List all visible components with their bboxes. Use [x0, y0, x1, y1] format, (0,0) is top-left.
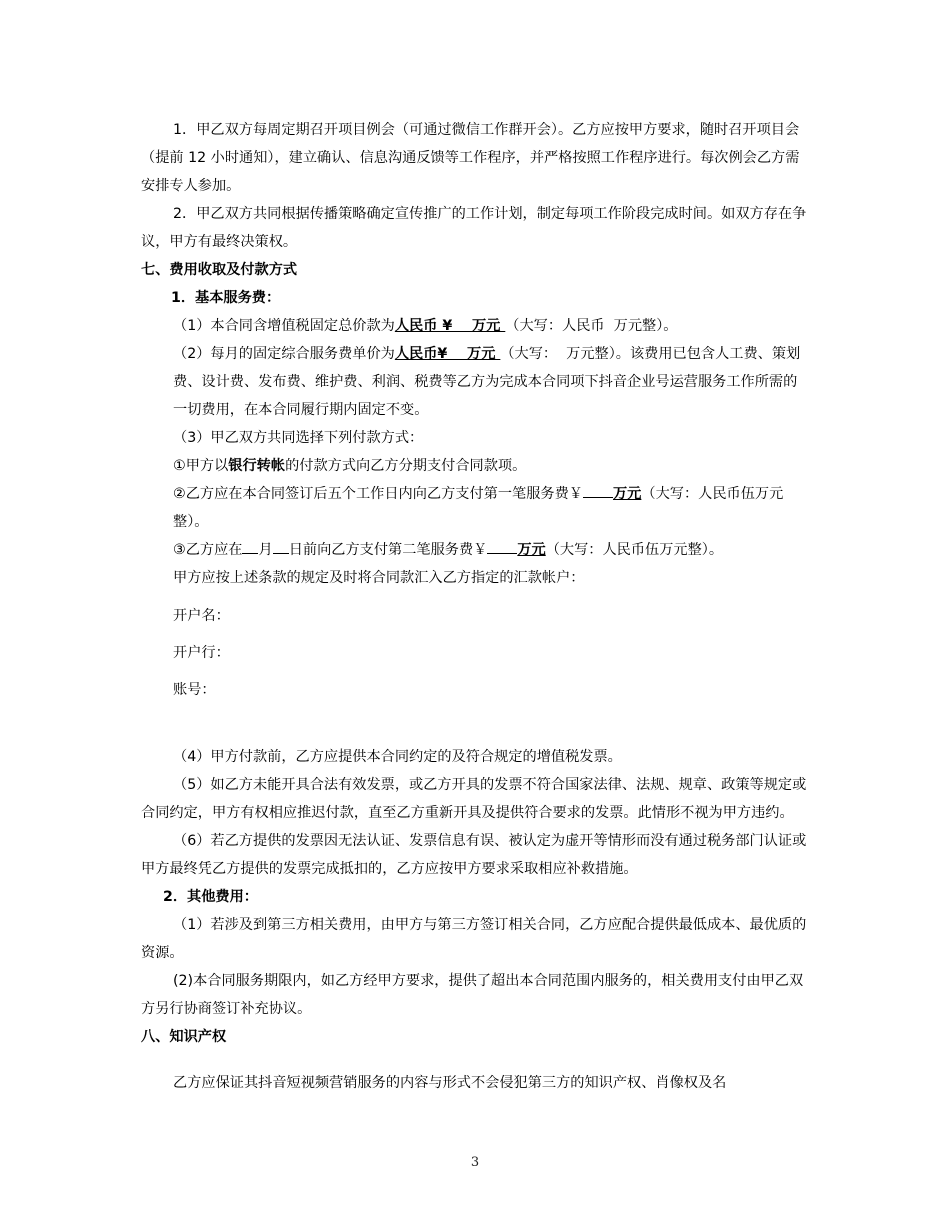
ip-clause: 乙方应保证其抖音短视频营销服务的内容与形式不会侵犯第三方的知识产权、肖像权及名 [141, 1069, 811, 1097]
paragraph-work-plan: 2．甲乙双方共同根据传播策略确定宣传推广的工作计划，制定每项工作阶段完成时间。如… [141, 200, 811, 256]
account-bank-label: 开户行： [173, 645, 230, 661]
clause-text: ①甲方以 [173, 458, 228, 474]
payment-method-clause: （3）甲乙双方共同选择下列付款方式： [141, 424, 811, 452]
clause-text: 的付款方式向乙方分期支付合同款项。 [285, 458, 526, 474]
clause-text: （大写：人民币伍万元整）。 [546, 542, 723, 558]
total-price-clause: （1）本合同含增值税固定总价款为人民币 ¥ 万元 （大写：人民币 万元整）。 [141, 312, 811, 340]
invoice-clause-5: （5）如乙方未能开具合法有效发票，或乙方开具的发票不符合国家法律、法规、规章、政… [141, 771, 811, 827]
payment-method-3: ③乙方应在月日前向乙方支付第二笔服务费￥万元（大写：人民币伍万元整）。 [141, 536, 811, 564]
monthly-fee-clause: （2）每月的固定综合服务费单价为人民币¥ 万元 （大写： 万元整）。该费用已包含… [141, 340, 811, 424]
document-page: 1．甲乙双方每周定期召开项目例会（可通过微信工作群开会）。乙方应按甲方要求，随时… [0, 0, 950, 1230]
account-bank-row: 开户行： [141, 635, 811, 672]
invoice-clause-4: （4）甲方付款前，乙方应提供本合同约定的及符合规定的增值税发票。 [141, 743, 811, 771]
clause-text: 日前向乙方支付第二笔服务费￥ [289, 542, 488, 558]
account-name-row: 开户名： [141, 598, 811, 635]
clause-text: （2）每月的固定综合服务费单价为 [173, 346, 395, 362]
first-payment-blank [583, 483, 613, 498]
other-fee-clause-1: （1）若涉及到第三方相关费用，由甲方与第三方签订相关合同，乙方应配合提供最低成本… [141, 911, 811, 967]
account-number-row: 账号： [141, 672, 811, 709]
clause-text: （1）本合同含增值税固定总价款为 [173, 318, 395, 334]
payment-method-1: ①甲方以银行转帐的付款方式向乙方分期支付合同款项。 [141, 452, 811, 480]
day-blank [273, 539, 289, 554]
remittance-instruction: 甲方应按上述条款的规定及时将合同款汇入乙方指定的汇款帐户： [141, 564, 811, 592]
invoice-clause-6: （6）若乙方提供的发票因无法认证、发票信息有误、被认定为虚开等情形而没有通过税务… [141, 827, 811, 883]
total-amount-field: 人民币 ¥ 万元 [395, 318, 505, 334]
clause-text: ②乙方应在本合同签订后五个工作日内向乙方支付第一笔服务费￥ [173, 486, 583, 502]
section-8-heading: 八、知识产权 [141, 1023, 811, 1051]
account-number-label: 账号： [173, 682, 216, 698]
other-fees-heading: 2．其他费用： [141, 883, 811, 911]
paragraph-weekly-meeting: 1．甲乙双方每周定期召开项目例会（可通过微信工作群开会）。乙方应按甲方要求，随时… [141, 116, 811, 200]
clause-text: ③乙方应在 [173, 542, 242, 558]
basic-fee-heading: 1．基本服务费： [141, 284, 811, 312]
second-payment-blank [487, 539, 517, 554]
month-blank [242, 539, 258, 554]
page-number: 3 [0, 1155, 950, 1170]
first-payment-unit: 万元 [613, 486, 641, 502]
monthly-amount-field: 人民币¥ 万元 [395, 346, 501, 362]
section-7-heading: 七、费用收取及付款方式 [141, 256, 811, 284]
clause-text: 月 [258, 542, 272, 558]
payment-method-2: ②乙方应在本合同签订后五个工作日内向乙方支付第一笔服务费￥万元（大写：人民币伍万… [141, 480, 811, 536]
clause-text: （大写：人民币 万元整）。 [505, 318, 677, 334]
second-payment-unit: 万元 [517, 542, 545, 558]
account-name-label: 开户名： [173, 608, 230, 624]
other-fee-clause-2: (2)本合同服务期限内，如乙方经甲方要求，提供了超出本合同范围内服务的，相关费用… [141, 967, 811, 1023]
document-body: 1．甲乙双方每周定期召开项目例会（可通过微信工作群开会）。乙方应按甲方要求，随时… [141, 116, 811, 1097]
bank-transfer-text: 银行转帐 [228, 458, 285, 474]
